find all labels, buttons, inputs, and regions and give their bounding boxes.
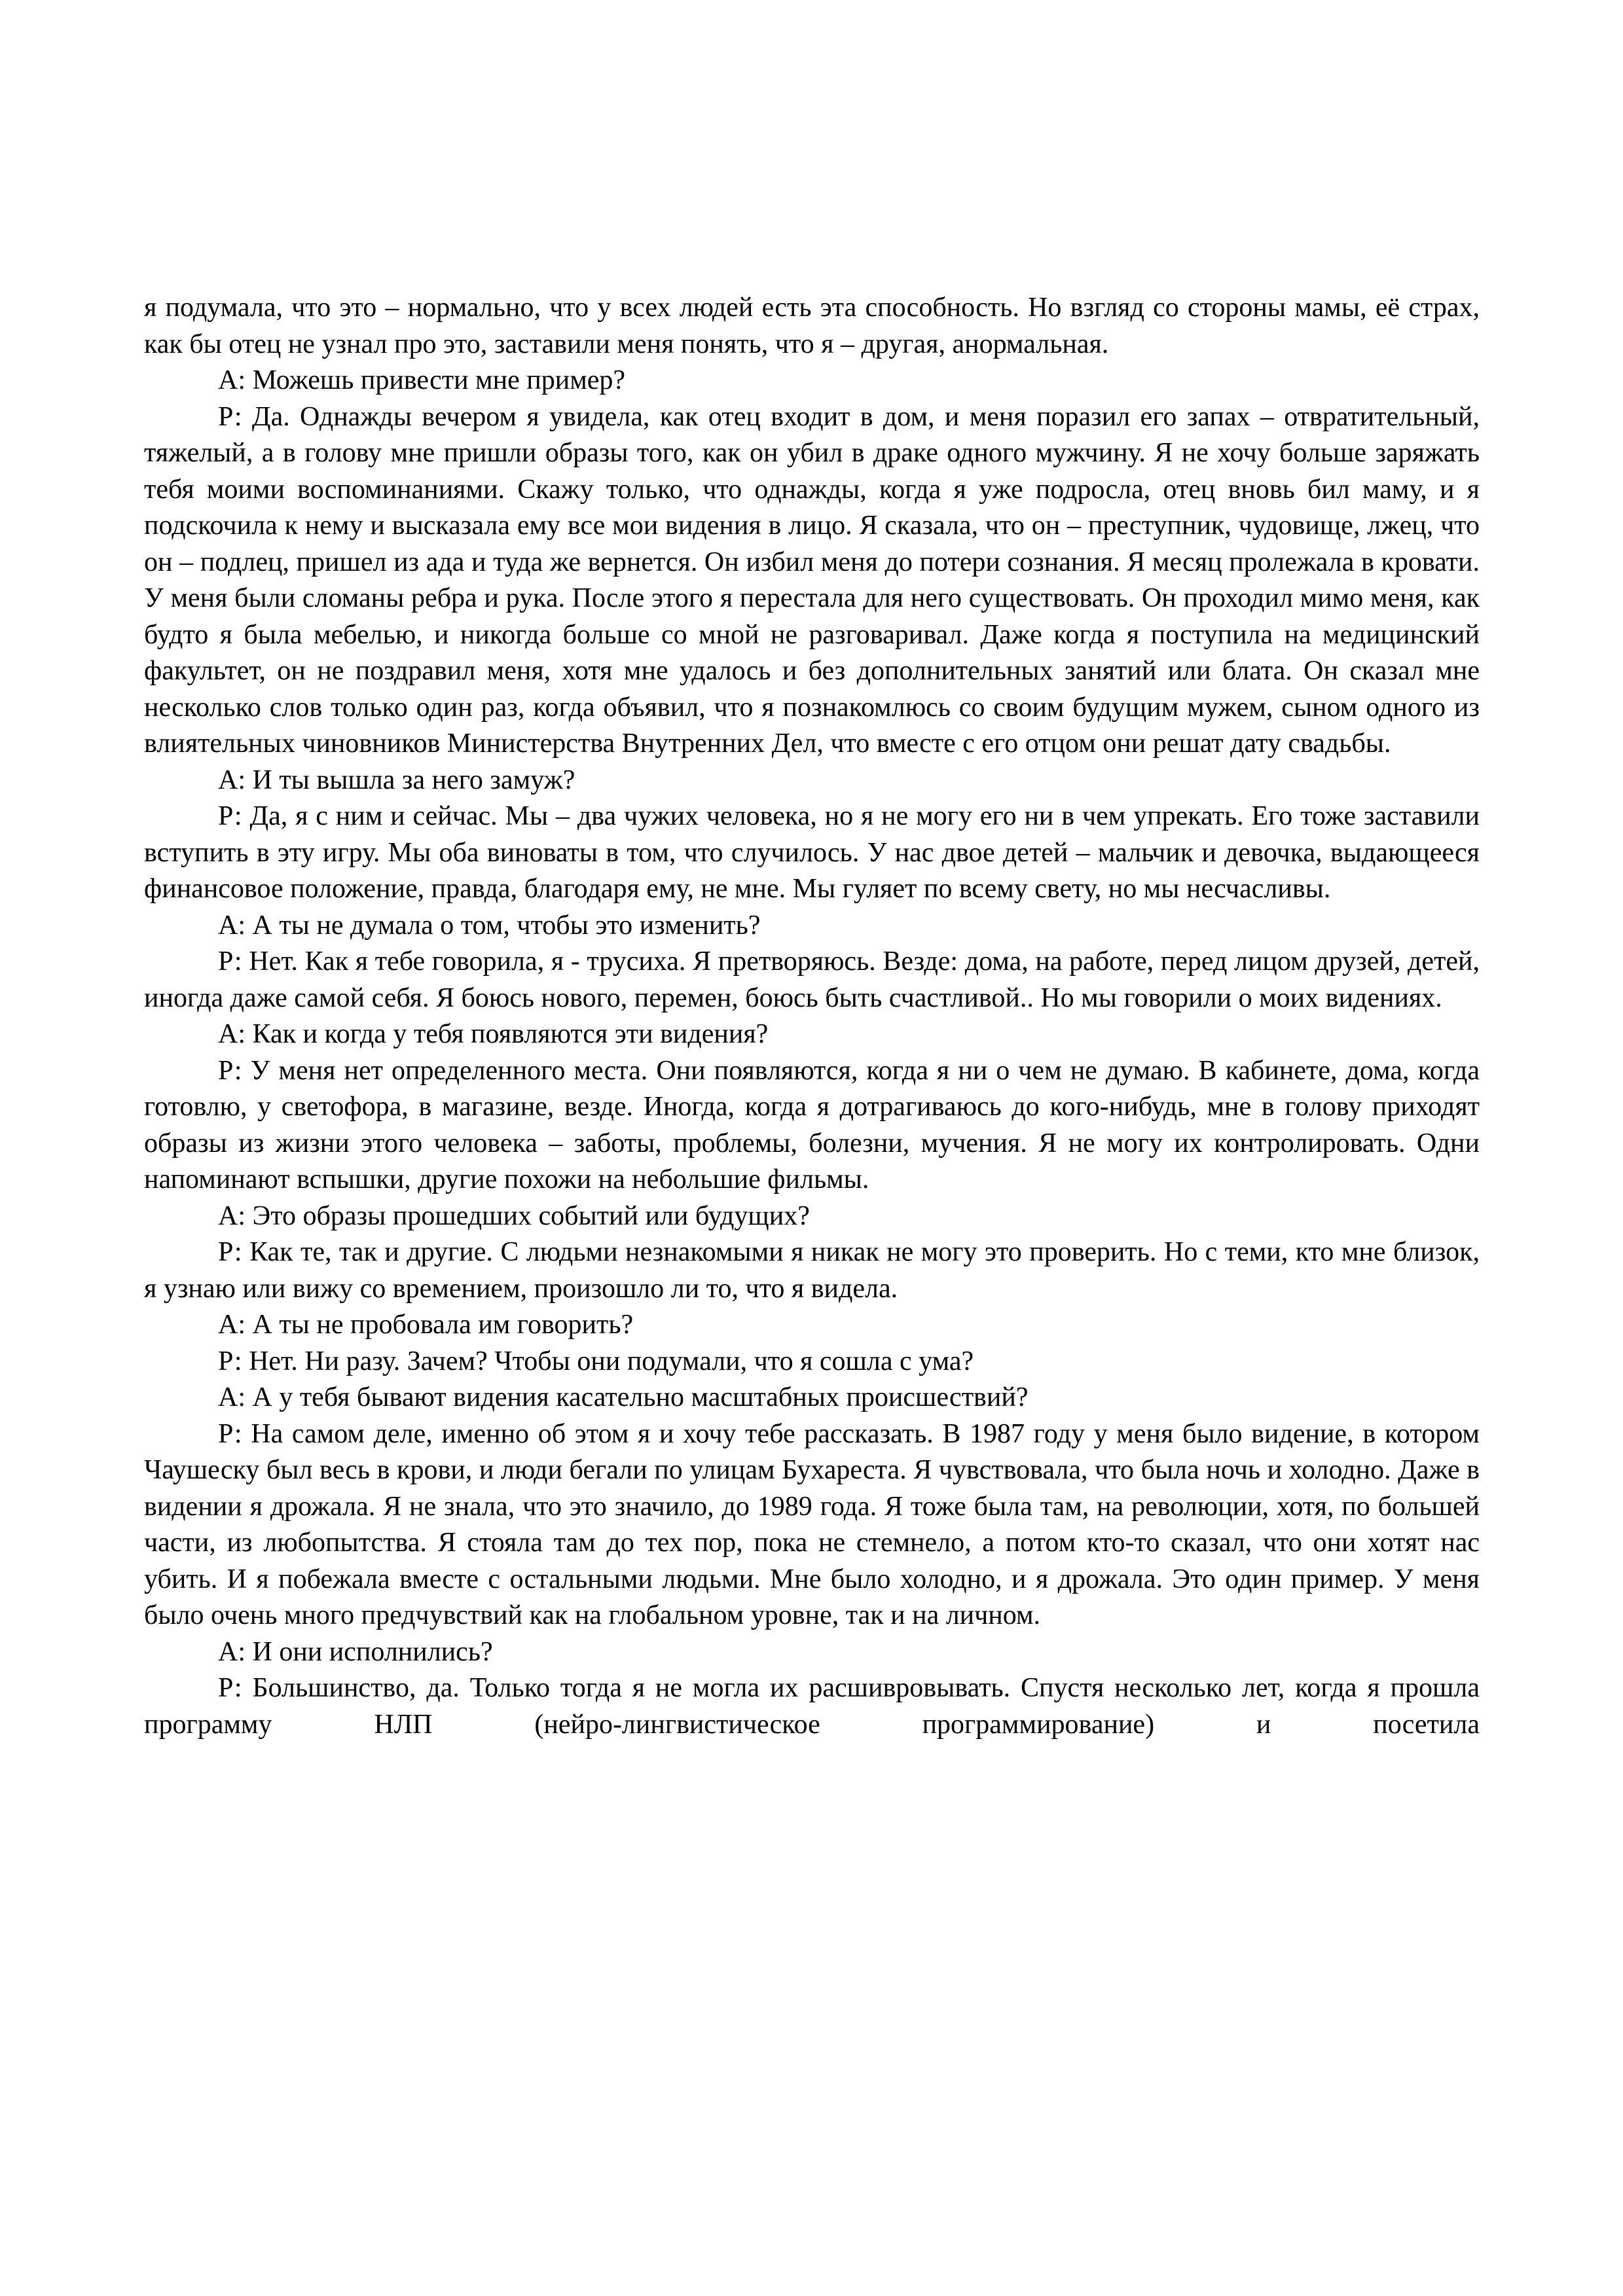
paragraph: Р: Да. Однажды вечером я увидела, как от…: [144, 399, 1480, 762]
paragraph: А: А у тебя бывают видения касательно ма…: [144, 1380, 1480, 1416]
paragraph: А: А ты не пробовала им говорить?: [144, 1307, 1480, 1344]
paragraph: А: И ты вышла за него замуж?: [144, 762, 1480, 799]
paragraph: Р: Нет. Как я тебе говорила, я - трусиха…: [144, 944, 1480, 1016]
paragraph: Р: Нет. Ни разу. Зачем? Чтобы они подума…: [144, 1344, 1480, 1380]
paragraph: я подумала, что это – нормально, что у в…: [144, 290, 1480, 363]
paragraph: А: Можешь привести мне пример?: [144, 363, 1480, 399]
paragraph: Р: Да, я с ним и сейчас. Мы – два чужих …: [144, 798, 1480, 908]
paragraph: Р: У меня нет определенного места. Они п…: [144, 1053, 1480, 1198]
paragraph: А: И они исполнились?: [144, 1634, 1480, 1671]
paragraph: Р: На самом деле, именно об этом я и хоч…: [144, 1416, 1480, 1634]
paragraph: А: А ты не думала о том, чтобы это измен…: [144, 908, 1480, 944]
paragraph: Р: Как те, так и другие. С людьми незнак…: [144, 1234, 1480, 1307]
paragraph: Р: Большинство, да. Только тогда я не мо…: [144, 1670, 1480, 1743]
interview-transcript: я подумала, что это – нормально, что у в…: [144, 290, 1480, 1743]
document-page: я подумала, что это – нормально, что у в…: [0, 0, 1623, 2296]
paragraph: А: Это образы прошедших событий или буду…: [144, 1198, 1480, 1235]
paragraph: А: Как и когда у тебя появляются эти вид…: [144, 1016, 1480, 1053]
